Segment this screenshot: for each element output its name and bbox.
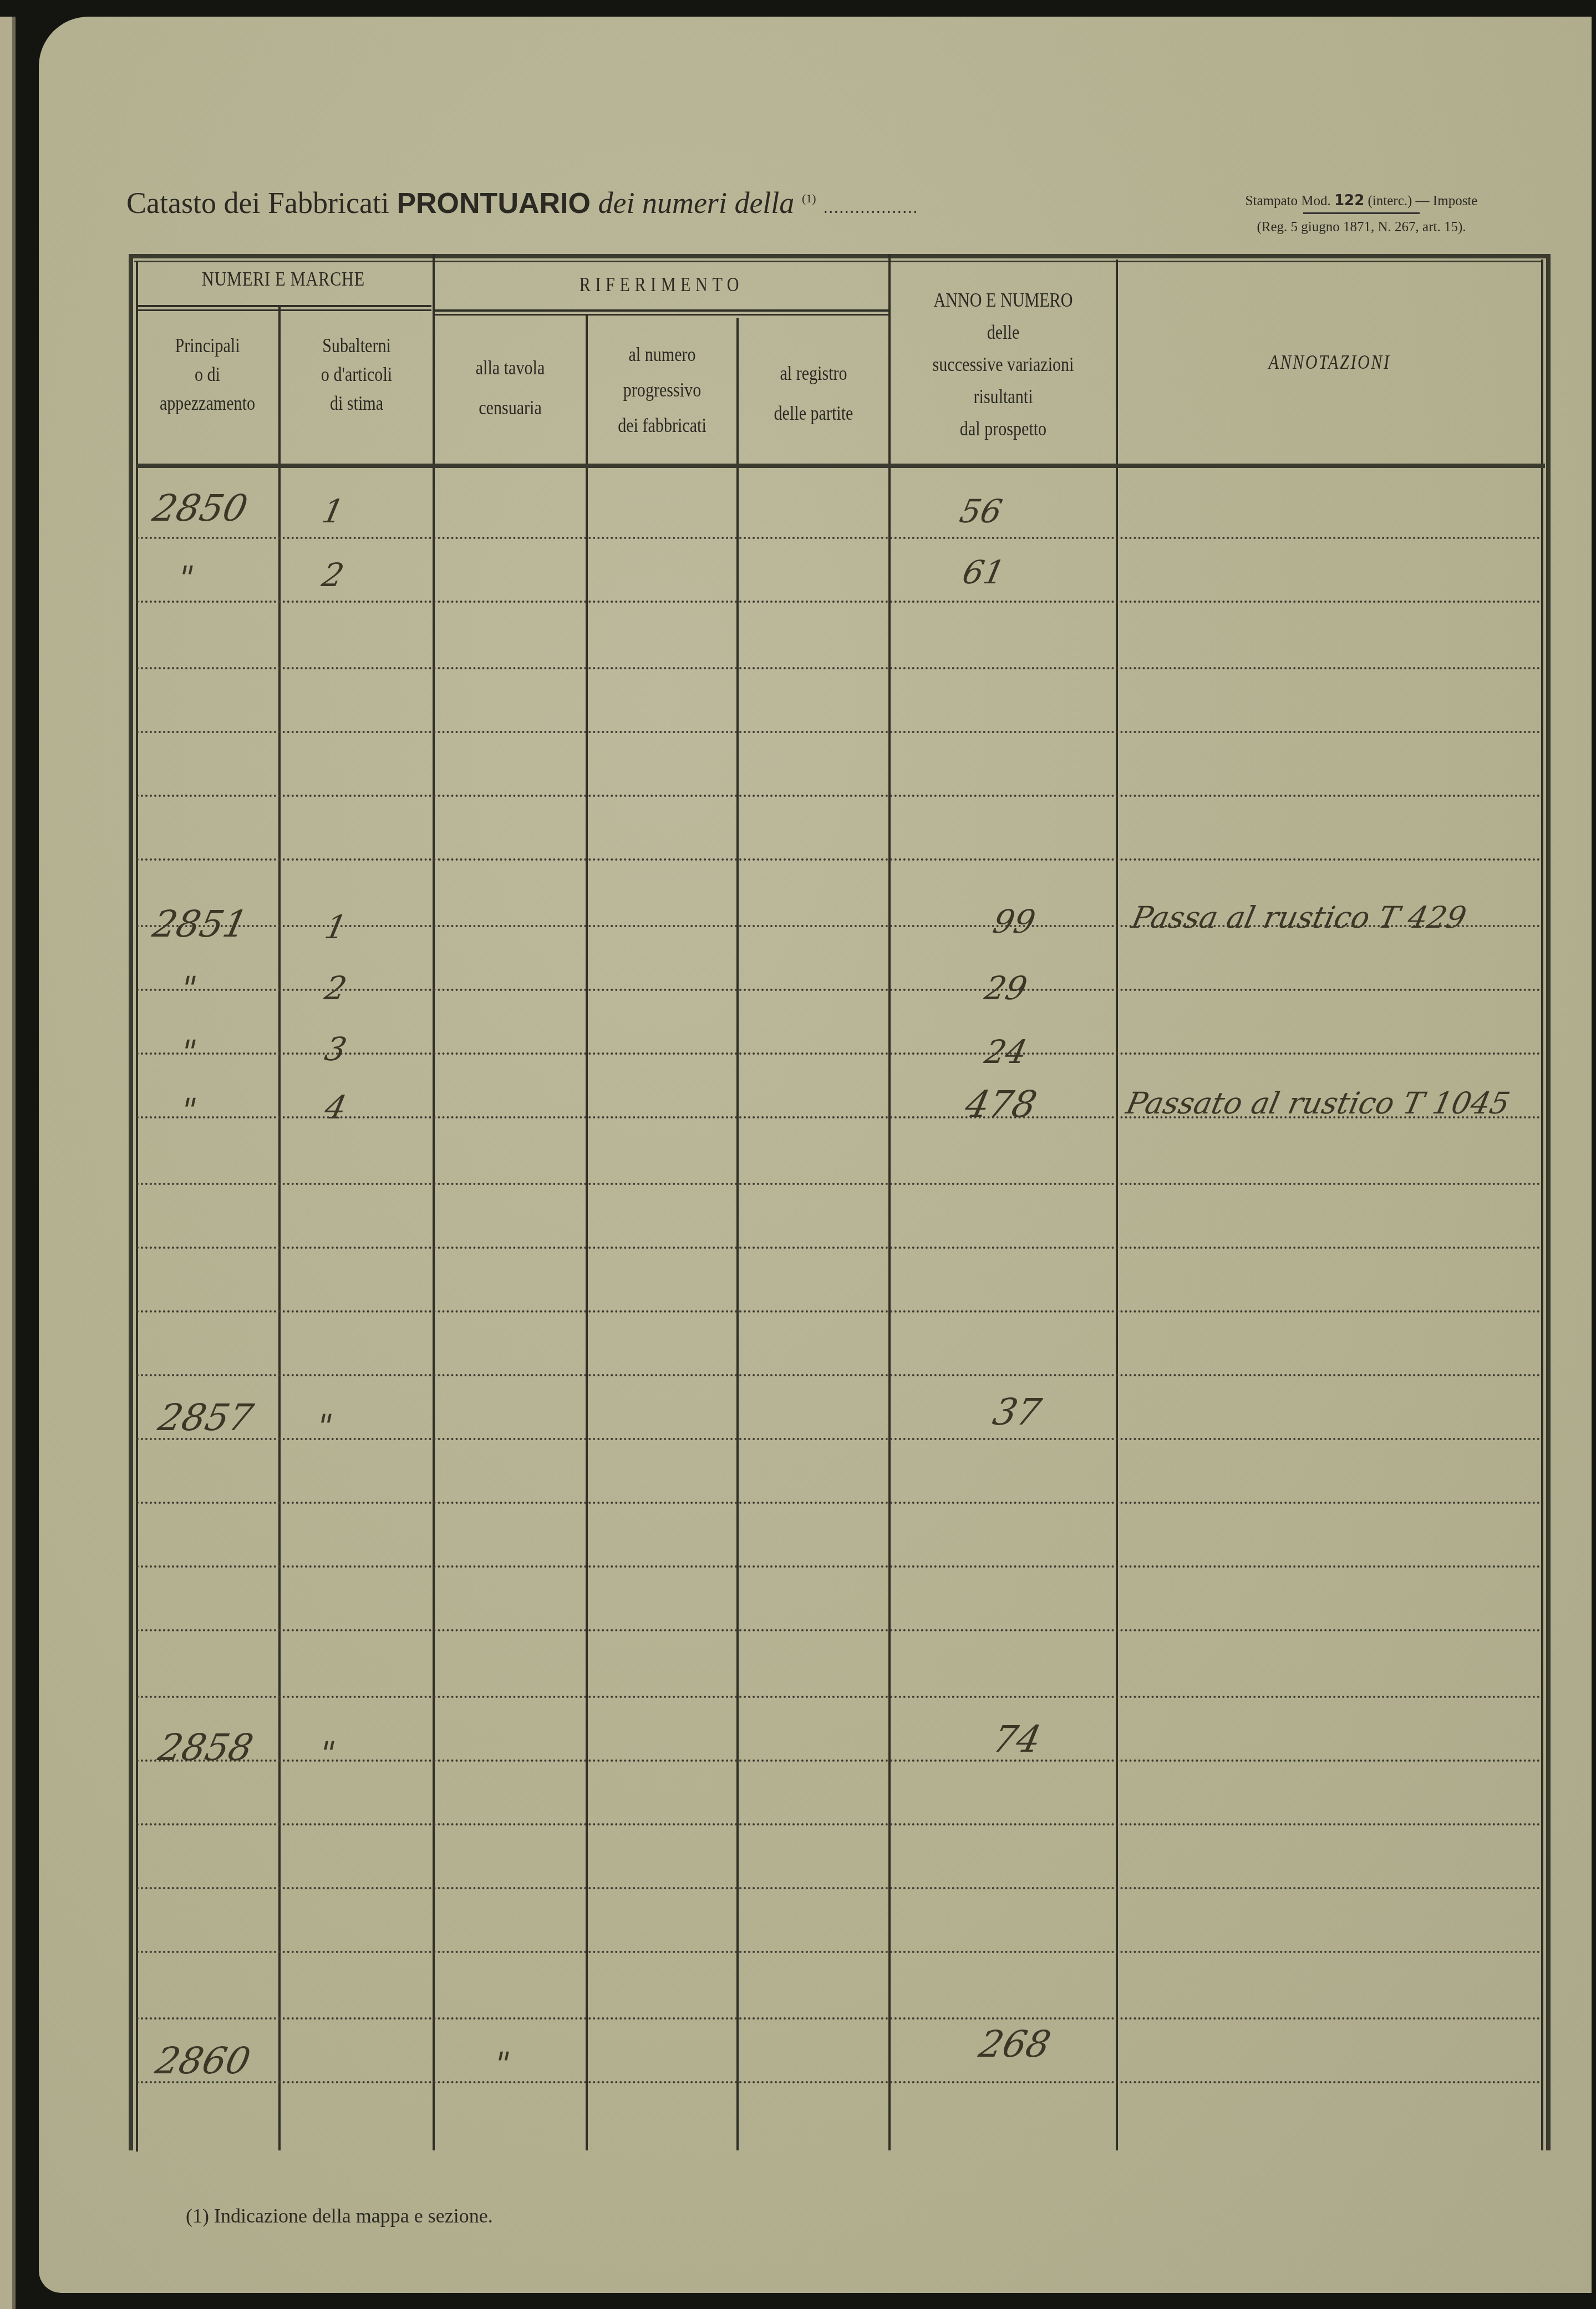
header-numeri-e-marche: NUMERI E MARCHE [157,265,410,294]
book-spine-edge [0,17,16,2309]
cell-variazioni: 56 [957,492,1005,530]
row-rule [136,667,1541,669]
row-rule [136,1951,1541,1953]
row-rule [136,1759,1541,1762]
header-numero-progressivo: al numeroprogressivodei fabbricati [598,337,726,444]
row-rule [136,731,1541,733]
group-rule [136,309,431,311]
cell-variazioni: 74 [989,1718,1045,1761]
table-right-border [1546,254,1551,2150]
stamp-prefix: Stampato Mod. [1246,194,1331,208]
row-rule [136,601,1541,603]
stamp-model-number: 122 [1334,192,1364,209]
row-rule [136,989,1541,991]
table-left-border-inner [136,261,138,2152]
cell-principale: 2850 [149,487,251,530]
col-divider [1116,260,1118,2150]
row-rule [136,1887,1541,1889]
header-subalterni: Subalternio d'articolidi stima [291,332,422,418]
cell-subalterno: 1 [322,908,350,946]
cell-variazioni: 37 [989,1391,1045,1433]
title-prefix: Catasto dei Fabbricati [126,186,389,220]
row-rule [136,1565,1541,1568]
cell-subalterno: 3 [322,1030,350,1068]
table-top-border [129,254,1548,258]
row-rule [136,858,1541,861]
stamp-regulation: (Reg. 5 giugno 1871, N. 267, art. 15). [1198,214,1525,241]
cell-variazioni: 478 [962,1083,1040,1126]
row-rule [136,1310,1541,1313]
header-registro-partite: al registrodelle partite [749,354,878,434]
header-riferimento: RIFERIMENTO [466,271,856,299]
cell-variazioni: 29 [982,969,1030,1007]
header-tavola-censuaria: alla tavolacensuaria [445,348,575,428]
group-rule [435,309,888,312]
footnote: (1) Indicazione della mappa e sezione. [186,2204,493,2227]
cell-principale: 2860 [152,2040,254,2082]
row-rule [136,1374,1541,1376]
title-blank-field: .................. [824,199,918,217]
table-top-border-inner [134,261,1543,262]
title-bold: PRONTUARIO [397,187,591,220]
row-rule [136,2017,1541,2020]
col-divider [586,315,588,2150]
cell-principale: " [177,1033,200,1071]
footnote-mark: (1) [802,191,816,205]
cell-principale: 2857 [155,1396,257,1439]
row-rule [136,1247,1541,1249]
stamp-suffix: (interc.) — Imposte [1368,194,1478,208]
print-stamp: Stampato Mod. 122 (interc.) — Imposte (R… [1198,187,1525,241]
row-rule [136,1629,1541,1631]
row-rule [136,537,1541,539]
prontuario-table: NUMERI E MARCHE RIFERIMENTO Principalio … [129,254,1548,2128]
cell-principale: " [177,1091,200,1129]
row-rule [136,2081,1541,2083]
row-rule [136,795,1541,797]
row-rule [136,1438,1541,1440]
group-rule [435,314,888,316]
col-divider [736,318,739,2150]
cell-annotazione: Passato al rustico T 1045 [1123,1086,1513,1121]
cell-variazioni: 99 [990,903,1039,940]
col-divider [278,307,281,2150]
header-annotazioni: ANNOTAZIONI [1147,348,1511,377]
table-right-border-inner [1541,260,1543,2150]
row-rule [136,1823,1541,1825]
cell-variazioni: 268 [975,2023,1054,2066]
row-rule [136,1502,1541,1504]
cell-variazioni: 24 [982,1033,1030,1071]
row-rule [136,1183,1541,1185]
group-rule [136,305,431,307]
header-principali: Principalio diappezzamento [146,332,268,418]
header-anno-numero: ANNO E NUMEROdellesuccessive variazionir… [906,284,1100,445]
cell-subalterno: 1 [319,492,347,530]
cell-tavola: " [491,2045,514,2083]
cell-principale: " [177,969,200,1007]
cell-subalterno: " [316,1735,339,1772]
title-italic: dei numeri della [598,186,794,220]
cell-subalterno: 2 [319,556,347,594]
row-rule [136,1052,1541,1055]
row-rule [136,1696,1541,1698]
cell-principale: 2858 [155,1726,257,1769]
table-left-border [129,254,133,2150]
cell-principale: 2851 [149,903,251,945]
cell-principale: " [175,559,197,597]
page-title: Catasto dei Fabbricati PRONTUARIO dei nu… [126,186,918,220]
header-bottom-rule [136,464,1545,468]
cell-variazioni: 61 [959,553,1008,591]
cell-subalterno: 4 [322,1089,350,1126]
cell-annotazione: Passa al rustico T 429 [1129,900,1469,935]
cell-subalterno: 2 [322,969,350,1007]
